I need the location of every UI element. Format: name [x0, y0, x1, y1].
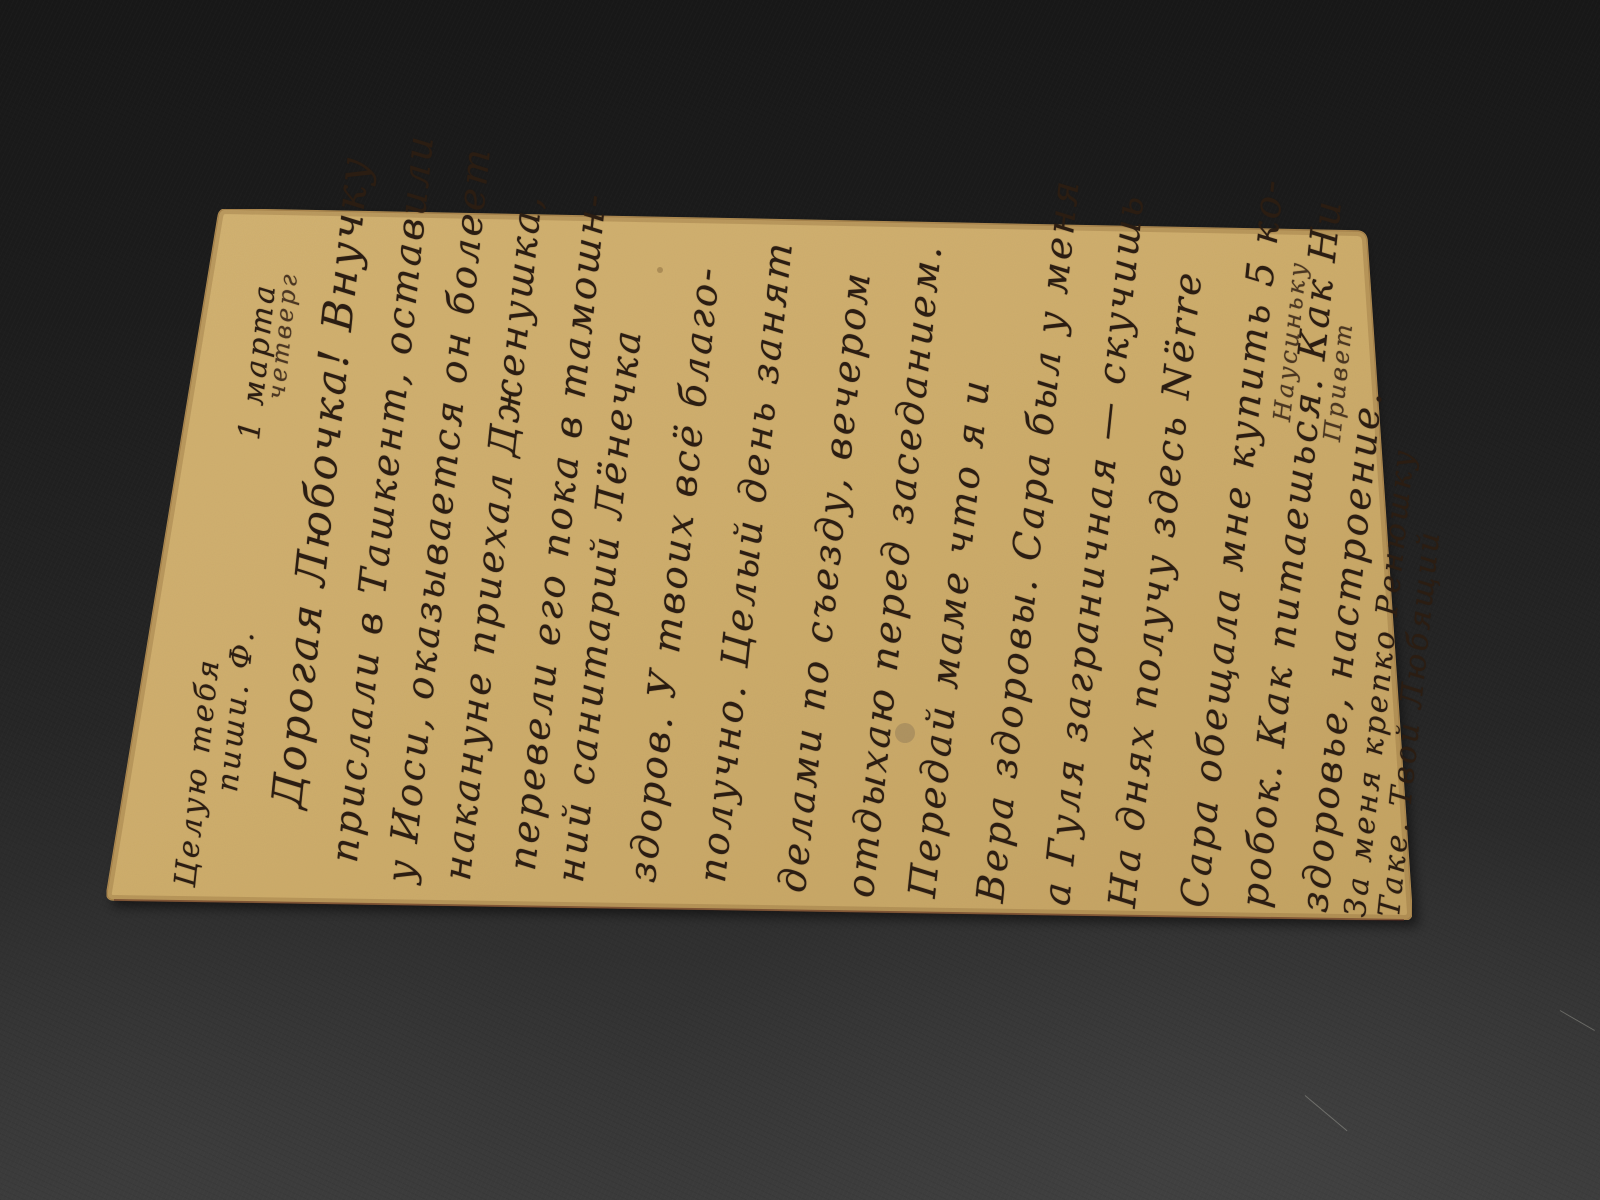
card-body — [107, 209, 1412, 920]
postcard: Целую тебя пиши. Ф. Дорогая Любочка! Вну… — [0, 0, 1600, 1200]
postcard-paper — [0, 0, 1600, 1200]
